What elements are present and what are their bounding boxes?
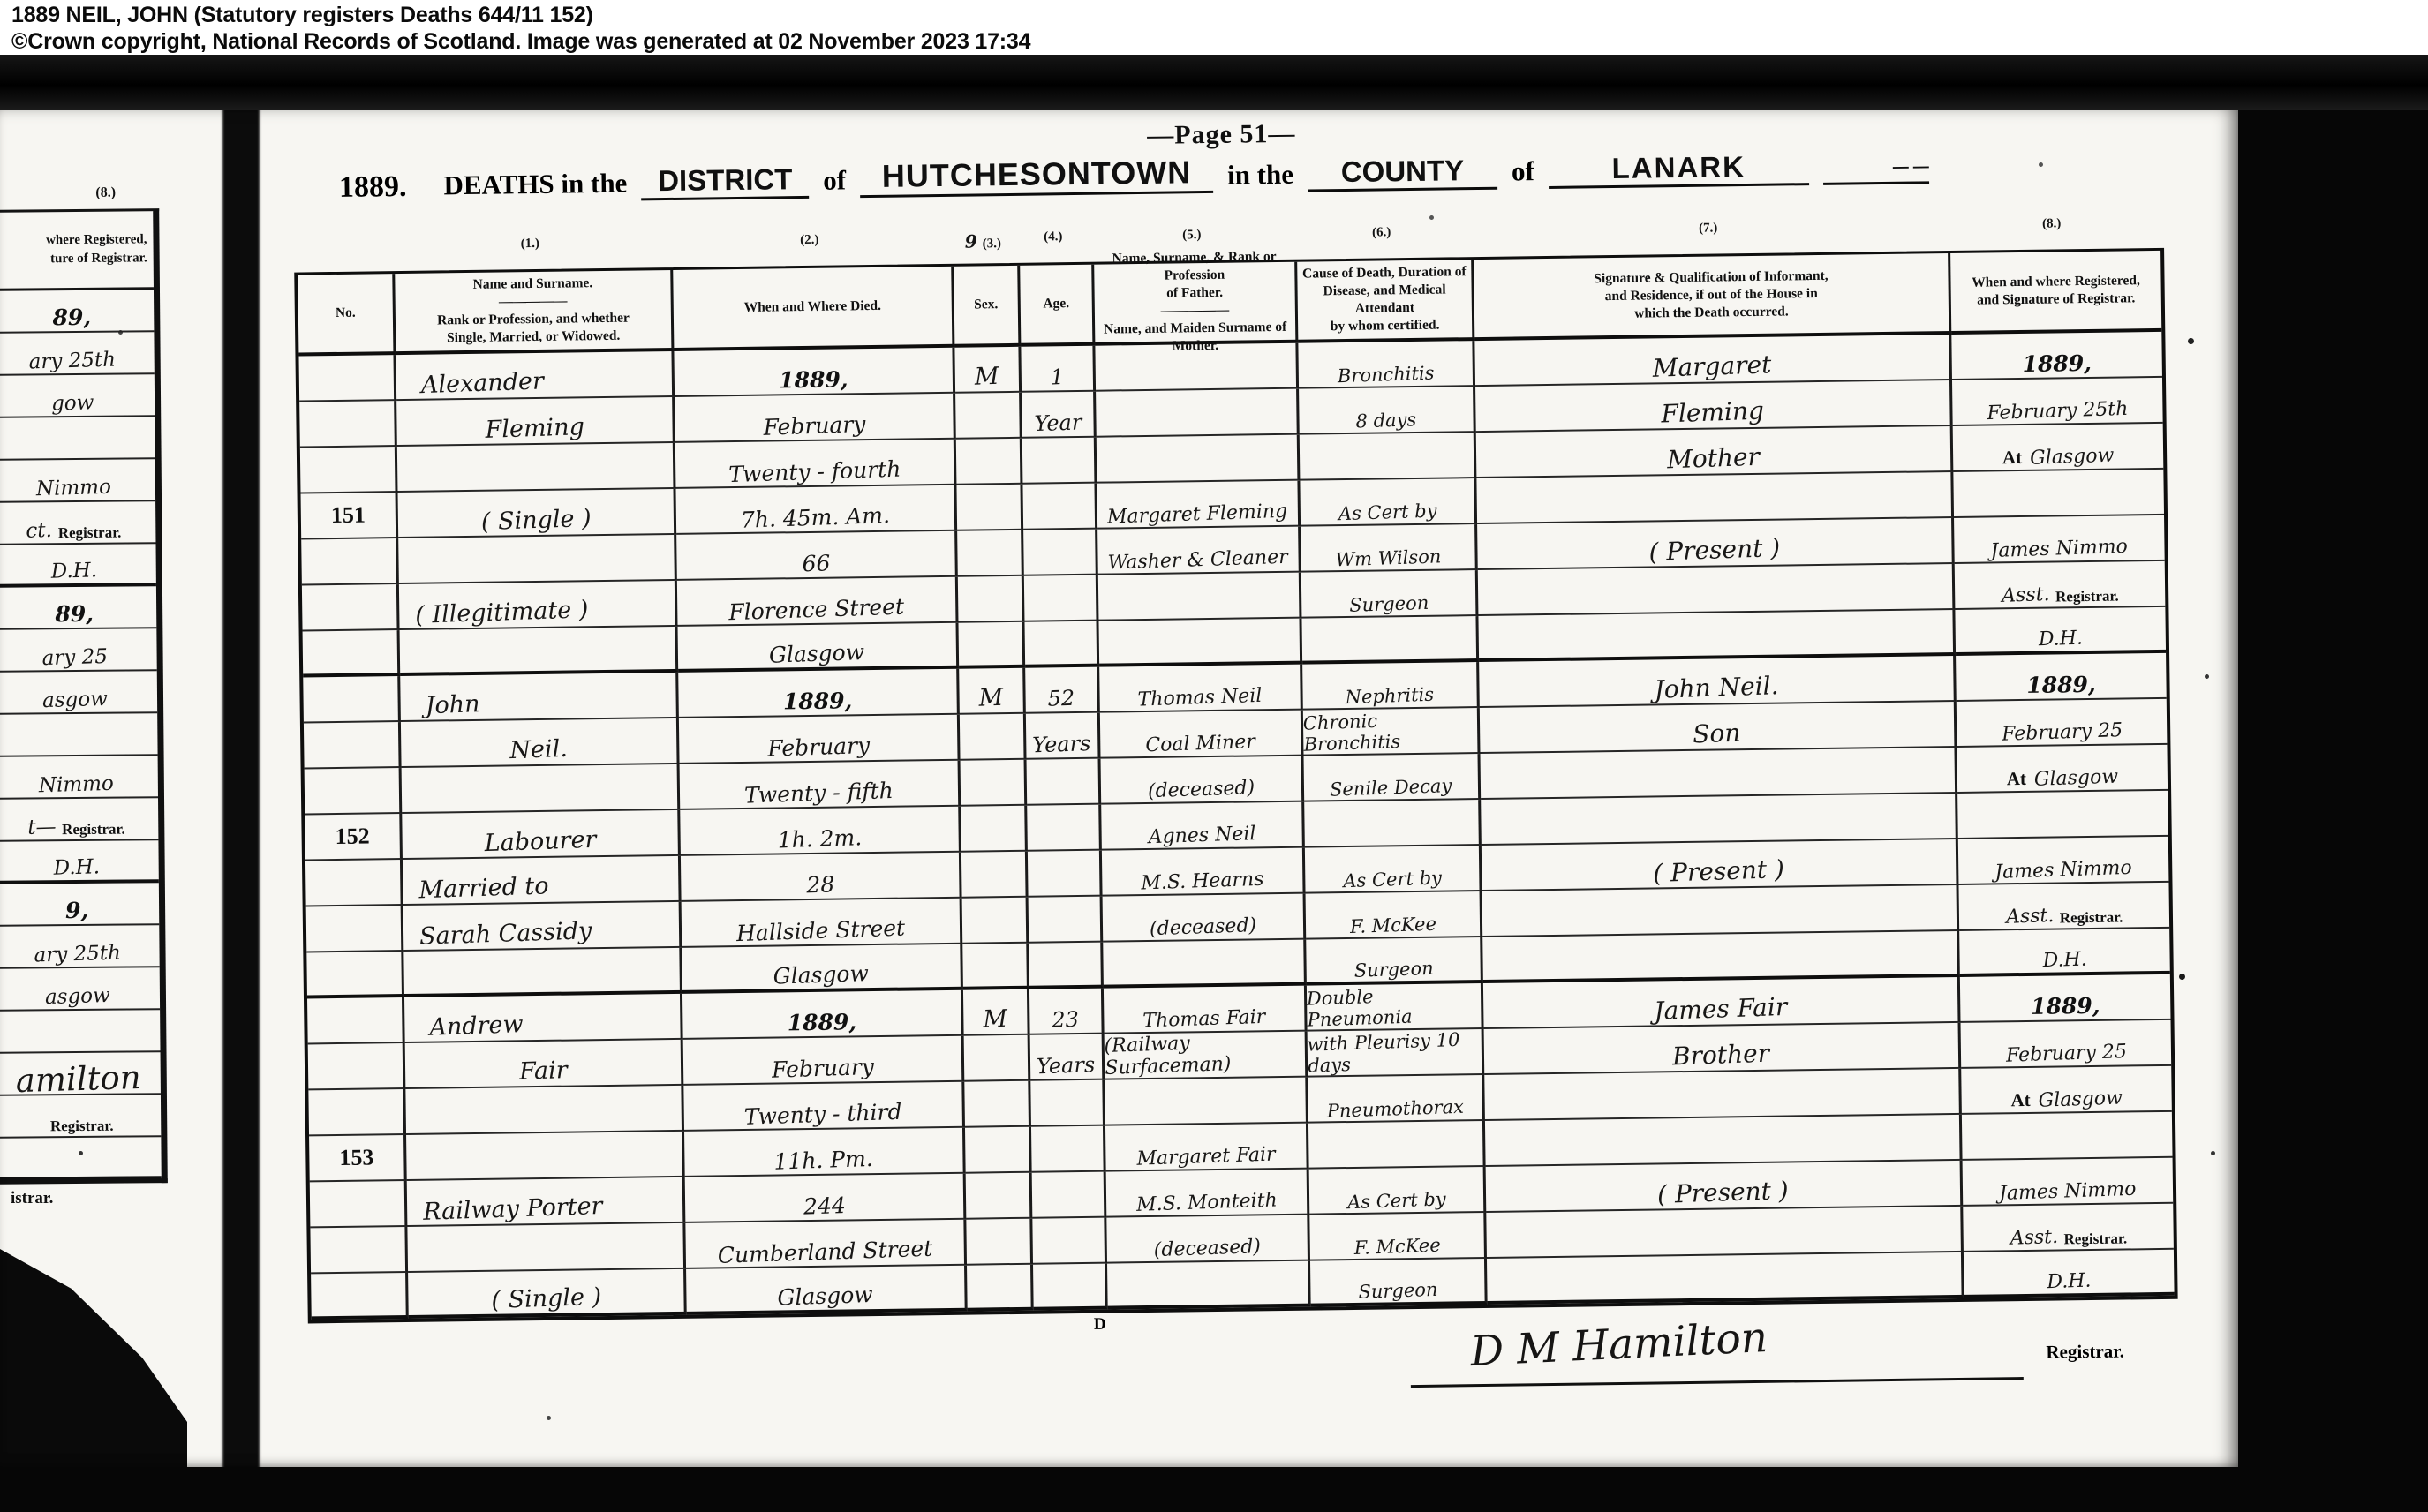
entry-153-sex-line-4	[965, 1127, 1032, 1174]
entry-153-age-line-5	[1032, 1172, 1107, 1219]
fragment-entry-1-line-1: 89,	[0, 290, 154, 334]
entry-153-informant-line-3	[1484, 1069, 1962, 1121]
entry-152-no-line-1	[303, 676, 401, 723]
viewer-header: 1889 NEIL, JOHN (Statutory registers Dea…	[0, 0, 2428, 55]
entry-152-informant-line-7	[1482, 931, 1960, 983]
title-year: 1889.	[339, 170, 407, 205]
entry-151-name-line-6: ( Illegitimate )	[399, 581, 678, 630]
entry-152-age-line-6	[1029, 897, 1104, 944]
entry-151-cause-line-6: Surgeon	[1301, 570, 1479, 619]
entry-152-informant-line-4	[1481, 794, 1958, 846]
entry-152-registered-line-1: 1889,	[1956, 653, 2167, 702]
fragment-entry-2-line-4	[0, 713, 158, 757]
fragment-ruled-lines: 89,ary 25thgowNimmoct.Registrar.D.H.89,a…	[0, 290, 162, 1181]
column-number-4: (4.)	[1016, 229, 1090, 252]
entry-151-parents-line-5: Washer & Cleaner	[1097, 527, 1301, 575]
entry-152-died-line-4: 1h. 2m.	[680, 807, 961, 856]
column-number-7: (7.)	[1470, 218, 1947, 245]
fragment-entry-1-line-5: Nimmo	[0, 459, 155, 503]
page-title-row: 1889. DEATHS in the DISTRICT of HUTCHESO…	[339, 140, 2201, 205]
header-parents: Name, Surname, & Rank or Profession of F…	[1094, 262, 1298, 346]
fragment-entry-3-line-3: asgow	[0, 967, 160, 1012]
scan-top-border-band	[0, 55, 2428, 110]
entry-151-informant-line-2: Fleming	[1475, 380, 1953, 433]
entry-151-cause-line-2: 8 days	[1299, 387, 1476, 435]
entry-153-registered-line-4	[1962, 1112, 2173, 1161]
entry-153-registered-line-3: AtGlasgow	[1961, 1066, 2172, 1115]
entry-152-sex-line-2	[960, 714, 1027, 761]
entry-151-sex-line-2	[955, 393, 1022, 440]
records-viewer-screen: 1889 NEIL, JOHN (Statutory registers Dea…	[0, 0, 2428, 1512]
header-when-where-died: When and Where Died.	[673, 267, 954, 351]
entry-151-died-line-4: 7h. 45m. Am.	[675, 485, 957, 535]
column-number-6: (6.)	[1293, 224, 1470, 248]
fragment-column-header: where Registered, ture of Registrar.	[0, 211, 154, 291]
entry-152-no-line-6	[306, 906, 404, 952]
previous-page-fragment: (8.) where Registered, ture of Registrar…	[0, 208, 168, 1185]
entry-153-parents-line-5: M.S. Monteith	[1106, 1170, 1310, 1218]
entry-151-informant-line-4	[1476, 472, 1954, 524]
entry-152-cause-line-7: Surgeon	[1306, 937, 1483, 986]
scanned-register-image: (8.) where Registered, ture of Registrar…	[0, 110, 2238, 1467]
entry-151-no-line-6	[302, 584, 400, 631]
header-age: Age.	[1020, 265, 1095, 347]
copyright-notice: ©Crown copyright, National Records of Sc…	[11, 29, 1030, 55]
entry-153-died-line-2: February	[683, 1036, 965, 1086]
entry-152-died-line-5: 28	[681, 853, 962, 902]
header-cause-of-death: Cause of Death, Duration of Disease, and…	[1297, 260, 1474, 343]
entry-151-parents-line-1	[1095, 343, 1299, 392]
title-of-1: of	[823, 164, 846, 198]
fragment-column-number: (8.)	[95, 185, 116, 201]
entry-151-cause-line-7	[1301, 616, 1479, 665]
entry-152-name-line-1: John	[400, 673, 679, 722]
entry-152-age-line-3	[1027, 759, 1102, 806]
fragment-entry-2-line-3: asgow	[0, 671, 157, 715]
entry-153-name-line-3	[405, 1086, 684, 1135]
entry-151-registered-line-2: February 25th	[1952, 378, 2163, 426]
entry-152-age-line-7	[1029, 943, 1104, 989]
entry-151-died-line-7: Glasgow	[678, 623, 960, 673]
entry-153-age-line-6	[1032, 1218, 1107, 1265]
entry-151-name-line-3	[397, 443, 676, 493]
entry-152-registered-line-2: February 25	[1957, 699, 2168, 748]
entry-152-parents-line-3: (deceased)	[1101, 756, 1305, 805]
entry-152-parents-line-5: M.S. Hearns	[1102, 848, 1306, 897]
entry-153-name-line-1: Andrew	[404, 994, 683, 1043]
fragment-entry-2-line-5: Nimmo	[0, 756, 158, 800]
entry-152-died-line-7: Glasgow	[682, 944, 963, 994]
fragment-entry-3-line-2: ary 25th	[0, 925, 160, 969]
entry-151-no-line-5	[301, 538, 399, 585]
entry-152-informant-line-1: John Neil.	[1479, 656, 1957, 708]
title-in-the: in the	[1227, 159, 1293, 193]
entry-152-informant-line-3	[1480, 748, 1957, 800]
fragment-entry-1-line-2: ary 25th	[0, 332, 155, 376]
entry-151-registered-line-5: James Nimmo	[1954, 515, 2165, 564]
entry-151-died-line-3: Twenty - fourth	[675, 440, 957, 489]
entry-151-no-line-4: 151	[301, 493, 399, 539]
register-page: —Page 51— 1889. DEATHS in the DISTRICT o…	[257, 110, 2238, 1467]
entry-152-age-line-2: Years	[1026, 713, 1101, 760]
entry-153-parents-line-6: (deceased)	[1106, 1215, 1310, 1264]
entry-153-sex-line-7	[967, 1265, 1034, 1312]
entry-153-registered-line-5: James Nimmo	[1963, 1158, 2174, 1207]
column-number-spacer	[294, 238, 391, 260]
fragment-entry-1-line-7: D.H.	[0, 544, 156, 588]
entry-151-registered-line-1: 1889,	[1951, 332, 2162, 380]
entry-152-died-line-3: Twenty - fifth	[680, 761, 961, 810]
entry-151-registered-line-4	[1953, 470, 2164, 518]
entry-153-registered-line-6: Asst.Registrar.	[1963, 1204, 2174, 1252]
entry-151-age-line-6	[1024, 575, 1099, 622]
entry-152-died-line-6: Hallside Street	[682, 899, 963, 948]
entry-151-registered-line-7: D.H.	[1955, 607, 2166, 656]
entry-152-name-line-2: Neil.	[401, 718, 680, 768]
entry-153-died-line-5: 244	[685, 1174, 967, 1223]
fragment-entry-1-line-6: ct.Registrar.	[0, 501, 155, 545]
entry-153-name-line-5: Railway Porter	[407, 1177, 686, 1227]
title-district-name: HUTCHESONTOWN	[860, 154, 1214, 198]
record-title: 1889 NEIL, JOHN (Statutory registers Dea…	[11, 3, 593, 28]
entry-151-informant-line-5: ( Present )	[1477, 518, 1955, 570]
entry-153-cause-line-6: F. McKee	[1309, 1213, 1487, 1261]
entry-153-no-line-5	[310, 1181, 408, 1228]
entry-151-no-line-7	[303, 630, 401, 677]
entry-152-name-line-6: Sarah Cassidy	[403, 902, 682, 952]
entry-152-sex-line-1: M	[959, 668, 1026, 715]
entry-151-died-line-1: 1889,	[674, 348, 955, 397]
entry-153-informant-line-7	[1487, 1252, 1964, 1305]
title-county-word: COUNTY	[1308, 154, 1498, 192]
entry-151-sex-line-6	[958, 576, 1025, 623]
fragment-entry-3-line-6: Registrar.	[0, 1095, 161, 1139]
entry-152-cause-line-2: Chronic Bronchitis	[1303, 708, 1481, 756]
page-letter-mark: D	[1094, 1315, 1106, 1335]
entry-153-cause-line-7: Surgeon	[1310, 1259, 1488, 1307]
entry-151-died-line-2: February	[675, 394, 956, 443]
fragment-entry-2-line-1: 89,	[0, 586, 156, 630]
entry-152-cause-line-6: F. McKee	[1306, 891, 1483, 940]
entry-153-no-line-1	[307, 997, 405, 1044]
header-name-surname: Name and Surname. ————— Rank or Professi…	[395, 270, 674, 355]
entry-151-parents-line-2	[1096, 389, 1300, 438]
entry-153-parents-line-4: Margaret Fair	[1105, 1124, 1309, 1172]
registrar-signature-rule	[1411, 1377, 2024, 1388]
entry-151-informant-line-7	[1478, 610, 1956, 662]
entry-151-name-line-2: Fleming	[396, 397, 675, 447]
entry-152-cause-line-5: As Cert by	[1305, 846, 1482, 894]
entry-153-no-line-2	[308, 1043, 406, 1090]
entry-151-cause-line-1: Bronchitis	[1298, 341, 1475, 389]
entry-152-sex-line-4	[961, 806, 1028, 853]
entry-153-cause-line-4	[1308, 1121, 1486, 1170]
entry-152-registered-line-3: AtGlasgow	[1957, 745, 2168, 794]
entry-153-no-line-3	[308, 1089, 406, 1136]
page-spine-shadow	[222, 110, 260, 1467]
entry-151-registered-line-3: AtGlasgow	[1953, 424, 2164, 472]
entry-153-registered-line-1: 1889,	[1960, 974, 2171, 1023]
column-number-2: (2.)	[669, 231, 950, 256]
entry-153-sex-line-3	[964, 1081, 1031, 1128]
entry-152-cause-line-1: Nephritis	[1302, 662, 1480, 711]
scan-corner-shadow	[0, 1224, 187, 1467]
entry-153-cause-line-1: Double Pneumonia	[1307, 983, 1484, 1032]
header-registered: When and where Registered, and Signature…	[1950, 251, 2161, 335]
entry-151-cause-line-5: Wm Wilson	[1301, 524, 1478, 573]
entry-153-name-line-4	[406, 1132, 685, 1181]
entry-153-cause-line-5: As Cert by	[1309, 1167, 1487, 1215]
entry-151-died-line-5: 66	[676, 531, 958, 581]
entry-153-died-line-7: Glasgow	[686, 1266, 968, 1315]
entry-153-registered-line-7: D.H.	[1964, 1250, 2175, 1298]
entry-151-no-line-2	[299, 401, 397, 448]
entry-153-age-line-2: Years	[1030, 1034, 1105, 1081]
header-sex: Sex.	[954, 266, 1021, 348]
entry-151-parents-line-6	[1098, 573, 1302, 621]
fragment-entry-2-line-7: D.H.	[0, 840, 159, 884]
entry-152-no-line-2	[304, 722, 402, 769]
entry-151-parents-line-4: Margaret Fleming	[1097, 481, 1301, 530]
title-trailing-rule: — —	[1823, 157, 1929, 185]
entry-152-parents-line-2: Coal Miner	[1100, 711, 1304, 759]
entry-152-name-line-4: Labourer	[402, 810, 681, 860]
title-of-2: of	[1512, 155, 1534, 189]
entry-153-age-line-3	[1030, 1080, 1105, 1127]
entry-151-name-line-1: Alexander	[396, 351, 675, 401]
entry-151-parents-line-7	[1098, 619, 1302, 667]
entry-152-cause-line-3: Senile Decay	[1304, 754, 1482, 802]
entry-151-age-line-4	[1022, 484, 1097, 530]
entry-152-age-line-5	[1028, 851, 1103, 898]
entry-152-sex-line-6	[962, 898, 1029, 944]
fragment-entry-3-line-1: 9,	[0, 883, 159, 927]
entry-152-parents-line-7	[1103, 940, 1307, 989]
entry-153-age-line-4	[1031, 1126, 1106, 1173]
entry-152-registered-line-6: Asst.Registrar.	[1958, 883, 2169, 931]
entry-151-sex-line-7	[958, 622, 1025, 669]
entry-153-sex-line-5	[966, 1173, 1033, 1220]
entry-152-name-line-3	[402, 764, 681, 814]
entry-153-name-line-2: Fair	[405, 1040, 684, 1089]
entry-152-no-line-5	[305, 860, 403, 906]
entry-152-informant-line-6	[1482, 885, 1960, 937]
entry-152-sex-line-3	[961, 760, 1028, 807]
entry-153-no-line-7	[311, 1273, 409, 1320]
entry-153-informant-line-5: ( Present )	[1486, 1161, 1964, 1213]
entry-153-parents-line-1: Thomas Fair	[1104, 986, 1308, 1034]
entry-152-sex-line-5	[961, 852, 1029, 899]
entry-151-age-line-1: 1	[1021, 346, 1096, 393]
entry-151-name-line-5	[398, 535, 677, 584]
column-number-8: (8.)	[1947, 215, 2157, 239]
entry-151-cause-line-4: As Cert by	[1300, 478, 1477, 527]
entry-153-informant-line-1: James Fair	[1483, 977, 1961, 1029]
entry-153-cause-line-3: Pneumothorax	[1308, 1075, 1485, 1124]
entry-152-parents-line-6: (deceased)	[1103, 894, 1307, 943]
title-district-word: DISTRICT	[641, 162, 810, 200]
entry-151-age-line-3	[1022, 438, 1097, 485]
column-number-1: (1.)	[391, 235, 669, 260]
column-number-5: (5.)	[1090, 227, 1293, 251]
entry-152-no-line-7	[306, 952, 404, 998]
entry-153-died-line-6: Cumberland Street	[685, 1220, 967, 1269]
entry-153-sex-line-6	[966, 1219, 1033, 1266]
entry-152-name-line-7	[403, 948, 682, 997]
entry-153-died-line-4: 11h. Pm.	[684, 1128, 966, 1177]
column-number-3: 9(3.)	[950, 230, 1016, 252]
fragment-entry-2-line-6: t—Registrar.	[0, 798, 158, 842]
entry-151-age-line-5	[1023, 530, 1098, 576]
entry-151-informant-line-6	[1478, 564, 1956, 616]
entry-152-no-line-4: 152	[305, 814, 403, 861]
fragment-entry-3-line-4	[0, 1010, 161, 1054]
entry-153-parents-line-2: (Railway Surfaceman)	[1105, 1032, 1308, 1080]
entry-151-age-line-2: Year	[1022, 392, 1097, 439]
entry-153-died-line-3: Twenty - third	[683, 1082, 965, 1132]
page-number-label: —Page 51—	[1147, 119, 1296, 151]
entry-152-informant-line-5: ( Present )	[1482, 839, 1959, 891]
entry-152-age-line-1: 52	[1025, 667, 1100, 714]
entry-151-informant-line-3: Mother	[1476, 426, 1954, 478]
register-table: No. Name and Surname. ————— Rank or Prof…	[294, 248, 2177, 1324]
entry-152-parents-line-4: Agnes Neil	[1101, 802, 1305, 851]
entry-153-registered-line-2: February 25	[1961, 1020, 2172, 1069]
entry-153-age-line-7	[1033, 1264, 1108, 1311]
entry-151-name-line-4: ( Single )	[398, 489, 677, 538]
entry-153-died-line-1: 1889,	[682, 990, 964, 1040]
entry-151-registered-line-6: Asst.Registrar.	[1955, 561, 2166, 610]
stray-ink-mark: 9	[965, 230, 977, 252]
entry-153-parents-line-3	[1105, 1078, 1308, 1126]
entry-153-age-line-1: 23	[1029, 989, 1105, 1035]
entry-152-registered-line-4	[1957, 791, 2168, 839]
fragment-entry-3-line-5: amilton	[0, 1052, 161, 1096]
fragment-entry-1-line-3: gow	[0, 374, 155, 418]
entry-151-sex-line-3	[956, 439, 1023, 485]
entry-152-registered-line-5: James Nimmo	[1958, 837, 2169, 885]
entry-151-no-line-3	[300, 447, 398, 493]
entry-153-name-line-7: ( Single )	[408, 1269, 687, 1319]
entry-153-sex-line-1: M	[963, 989, 1030, 1036]
entry-152-registered-line-7: D.H.	[1959, 929, 2170, 977]
entry-151-sex-line-1: M	[954, 347, 1022, 394]
scan-noise-speckles	[0, 110, 3, 113]
entry-152-age-line-4	[1027, 805, 1102, 852]
entry-151-age-line-7	[1024, 621, 1099, 668]
header-informant: Signature & Qualification of Informant, …	[1474, 253, 1951, 341]
entry-151-cause-line-3	[1300, 433, 1477, 481]
title-deaths-label: DEATHS in the	[443, 168, 627, 204]
title-county-name: LANARK	[1549, 149, 1810, 189]
header-no: No.	[298, 274, 396, 356]
registrar-label: Registrar.	[2046, 1341, 2124, 1364]
entry-152-name-line-5: Married to	[403, 856, 682, 906]
entry-153-parents-line-7	[1107, 1261, 1311, 1310]
entry-153-name-line-6	[407, 1223, 686, 1273]
entry-152-died-line-2: February	[679, 715, 961, 764]
entry-151-died-line-6: Florence Street	[677, 577, 959, 627]
entry-152-informant-line-2: Son	[1480, 702, 1957, 754]
entry-151-informant-line-1: Margaret	[1474, 335, 1952, 387]
entry-153-informant-line-4	[1485, 1115, 1963, 1167]
fragment-entry-1-line-4	[0, 417, 155, 461]
registrar-signature: D M Hamilton	[1469, 1313, 1768, 1376]
fragment-registrar-partial: istrar.	[11, 1189, 53, 1208]
entry-152-sex-line-7	[962, 944, 1029, 990]
fragment-entry-2-line-2: ary 25	[0, 628, 157, 673]
entry-153-no-line-6	[310, 1227, 408, 1274]
fragment-entry-3-line-7	[0, 1137, 162, 1181]
entry-153-informant-line-6	[1486, 1207, 1964, 1259]
entry-153-sex-line-2	[964, 1035, 1031, 1082]
entry-151-parents-line-3	[1097, 435, 1301, 484]
entry-153-no-line-4: 153	[309, 1135, 407, 1182]
entry-153-informant-line-2: Brother	[1484, 1023, 1962, 1075]
entry-151-sex-line-4	[956, 485, 1023, 531]
entry-152-no-line-3	[305, 768, 403, 815]
entry-152-died-line-1: 1889,	[678, 669, 960, 718]
entry-151-sex-line-5	[957, 530, 1024, 577]
entry-151-no-line-1	[298, 355, 396, 402]
entry-152-cause-line-4	[1304, 800, 1482, 848]
entry-153-cause-line-2: with Pleurisy 10 days	[1308, 1029, 1485, 1078]
entry-152-parents-line-1: Thomas Neil	[1099, 665, 1303, 713]
entry-151-name-line-7	[400, 627, 679, 676]
